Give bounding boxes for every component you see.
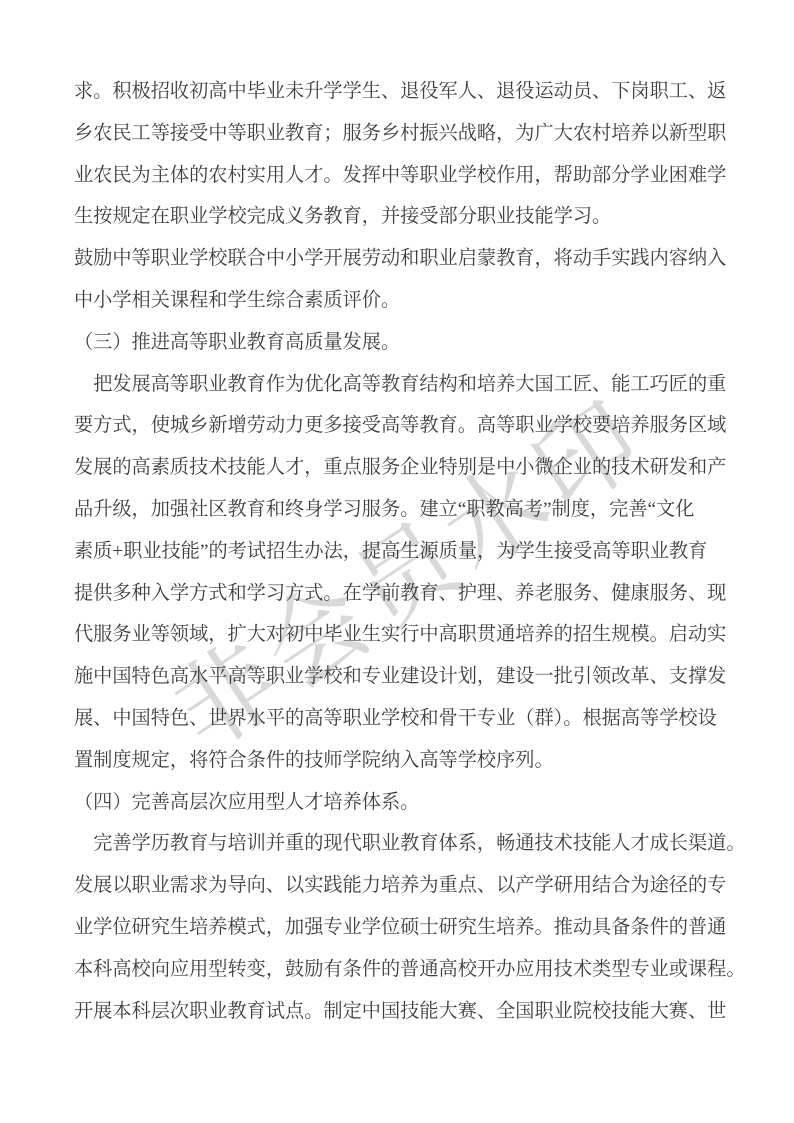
text-line: 鼓励中等职业学校联合中小学开展劳动和职业启蒙教育，将动手实践内容纳入 — [74, 238, 736, 280]
text-line: 品升级，加强社区教育和终身学习服务。建立“职教高考”制度，完善“文化 — [74, 489, 736, 531]
text-line: 把发展高等职业教育作为优化高等教育结构和培养大国工匠、能工巧匠的重 — [74, 364, 736, 406]
text-line: 代服务业等领域，扩大对初中毕业生实行中高职贯通培养的招生规模。启动实 — [74, 614, 736, 656]
text-line: 业学位研究生培养模式，加强专业学位硕士研究生培养。推动具备条件的普通 — [74, 907, 736, 949]
text-line: 中小学相关课程和学生综合素质评价。 — [74, 280, 736, 322]
text-line: 施中国特色高水平高等职业学校和专业建设计划，建设一批引领改革、支撑发 — [74, 656, 736, 698]
text-line: 提供多种入学方式和学习方式。在学前教育、护理、养老服务、健康服务、现 — [74, 573, 736, 615]
text-line: （四）完善高层次应用型人才培养体系。 — [74, 782, 736, 824]
text-line: 素质+职业技能”的考试招生办法，提高生源质量，为学生接受高等职业教育 — [74, 531, 736, 573]
text-line: 本科高校向应用型转变，鼓励有条件的普通高校开办应用技术类型专业或课程。 — [74, 949, 736, 991]
text-line: 要方式，使城乡新增劳动力更多接受高等教育。高等职业学校要培养服务区域 — [74, 405, 736, 447]
text-line: 业农民为主体的农村实用人才。发挥中等职业学校作用，帮助部分学业困难学 — [74, 155, 736, 197]
text-line: 开展本科层次职业教育试点。制定中国技能大赛、全国职业院校技能大赛、世 — [74, 991, 736, 1033]
document-text-body: 求。积极招收初高中毕业未升学学生、退役军人、退役运动员、下岗职工、返乡农民工等接… — [74, 71, 736, 1032]
text-line: 展、中国特色、世界水平的高等职业学校和骨干专业（群）。根据高等学校设 — [74, 698, 736, 740]
text-line: 求。积极招收初高中毕业未升学学生、退役军人、退役运动员、下岗职工、返 — [74, 71, 736, 113]
text-line: 发展以职业需求为导向、以实践能力培养为重点、以产学研用结合为途径的专 — [74, 865, 736, 907]
text-line: （三）推进高等职业教育高质量发展。 — [74, 322, 736, 364]
text-line: 生按规定在职业学校完成义务教育，并接受部分职业技能学习。 — [74, 196, 736, 238]
text-line: 乡农民工等接受中等职业教育；服务乡村振兴战略，为广大农村培养以新型职 — [74, 113, 736, 155]
text-line: 发展的高素质技术技能人才，重点服务企业特别是中小微企业的技术研发和产 — [74, 447, 736, 489]
text-line: 完善学历教育与培训并重的现代职业教育体系，畅通技术技能人才成长渠道。 — [74, 823, 736, 865]
document-page: 非会员水印 求。积极招收初高中毕业未升学学生、退役军人、退役运动员、下岗职工、返… — [0, 0, 794, 1123]
text-line: 置制度规定，将符合条件的技师学院纳入高等学校序列。 — [74, 740, 736, 782]
